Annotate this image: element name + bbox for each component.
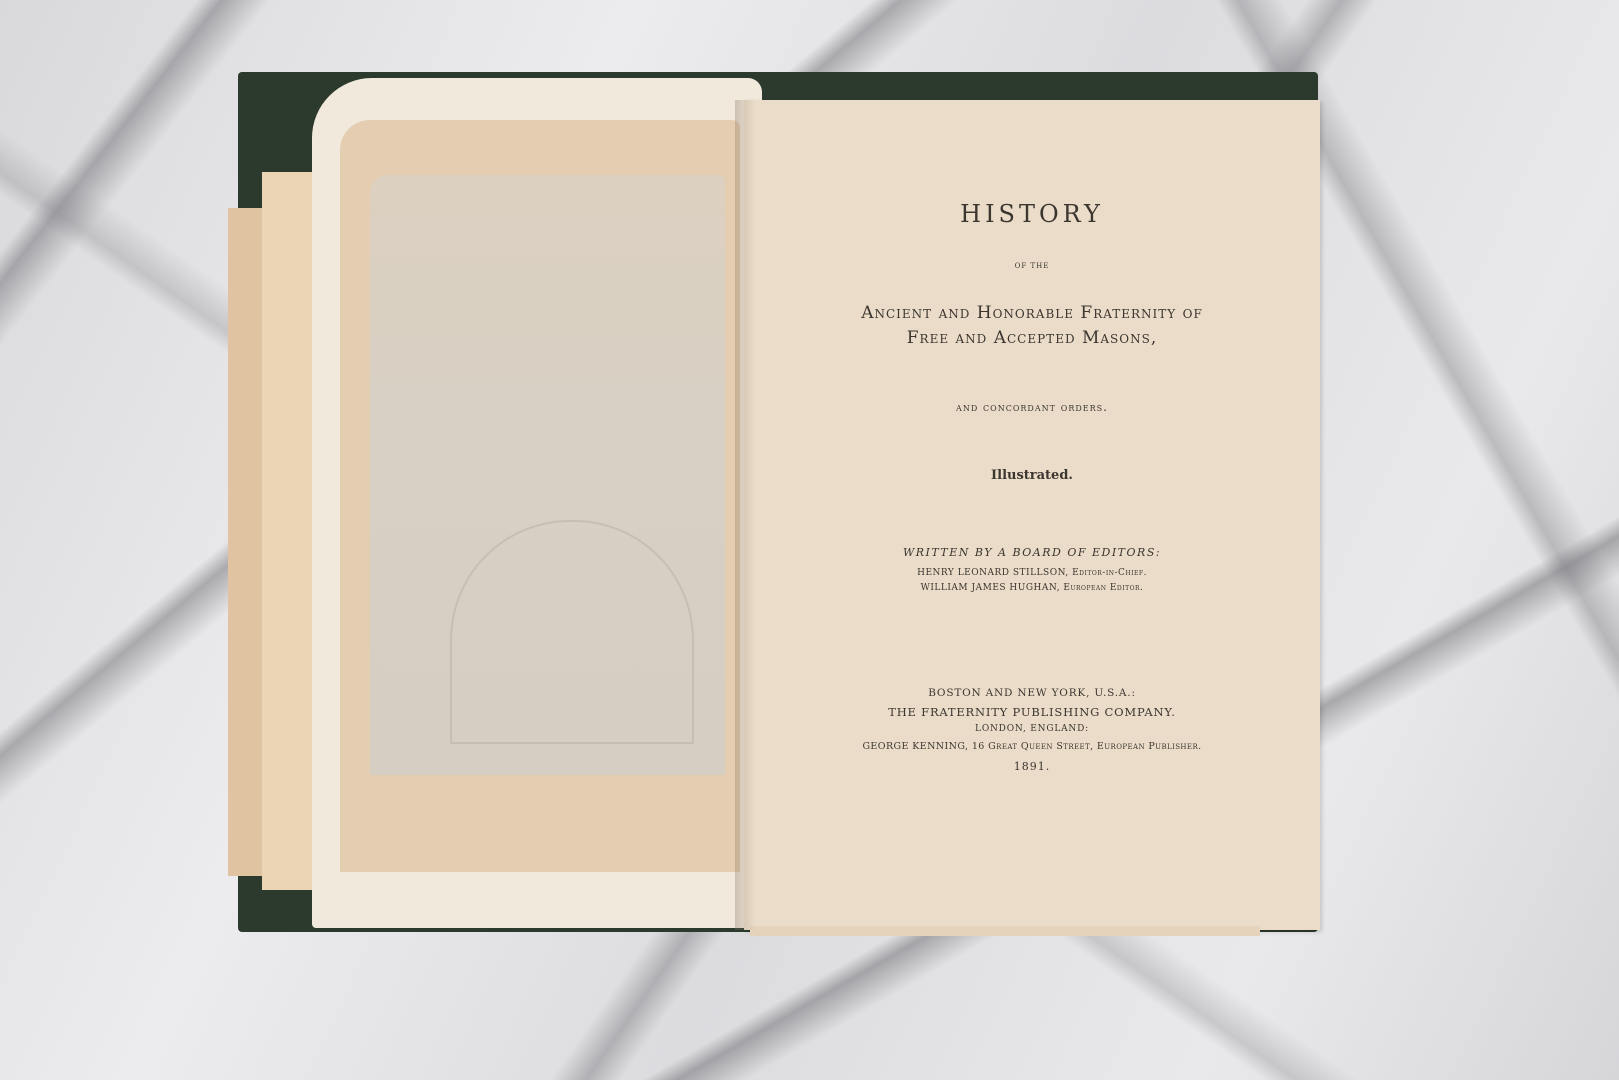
publication-year: 1891.: [744, 760, 1320, 773]
written-by: WRITTEN BY A BOARD OF EDITORS:: [744, 546, 1320, 559]
editor-in-chief: HENRY LEONARD STILLSON, Editor-in-Chief.: [744, 568, 1320, 578]
of-the-text: OF THE: [744, 262, 1320, 270]
page-block-edge: [750, 926, 1260, 936]
arch-illustration-detail: [450, 520, 694, 744]
european-editor: WILLIAM JAMES HUGHAN, European Editor.: [744, 583, 1320, 593]
subtitle-line-1: Ancient and Honorable Fraternity of: [744, 303, 1320, 323]
subtitle-line-2: Free and Accepted Masons,: [744, 328, 1320, 348]
illustrated-label: Illustrated.: [744, 468, 1320, 483]
publisher-location-uk: LONDON, ENGLAND:: [744, 724, 1320, 734]
european-publisher: GEORGE KENNING, 16 Great Queen Street, E…: [744, 741, 1320, 752]
concordant-orders: and concordant orders.: [744, 400, 1320, 414]
book-title: HISTORY: [744, 200, 1320, 228]
publisher-location-us: BOSTON AND NEW YORK, U.S.A.:: [744, 687, 1320, 699]
publisher-name: THE FRATERNITY PUBLISHING COMPANY.: [744, 705, 1320, 719]
